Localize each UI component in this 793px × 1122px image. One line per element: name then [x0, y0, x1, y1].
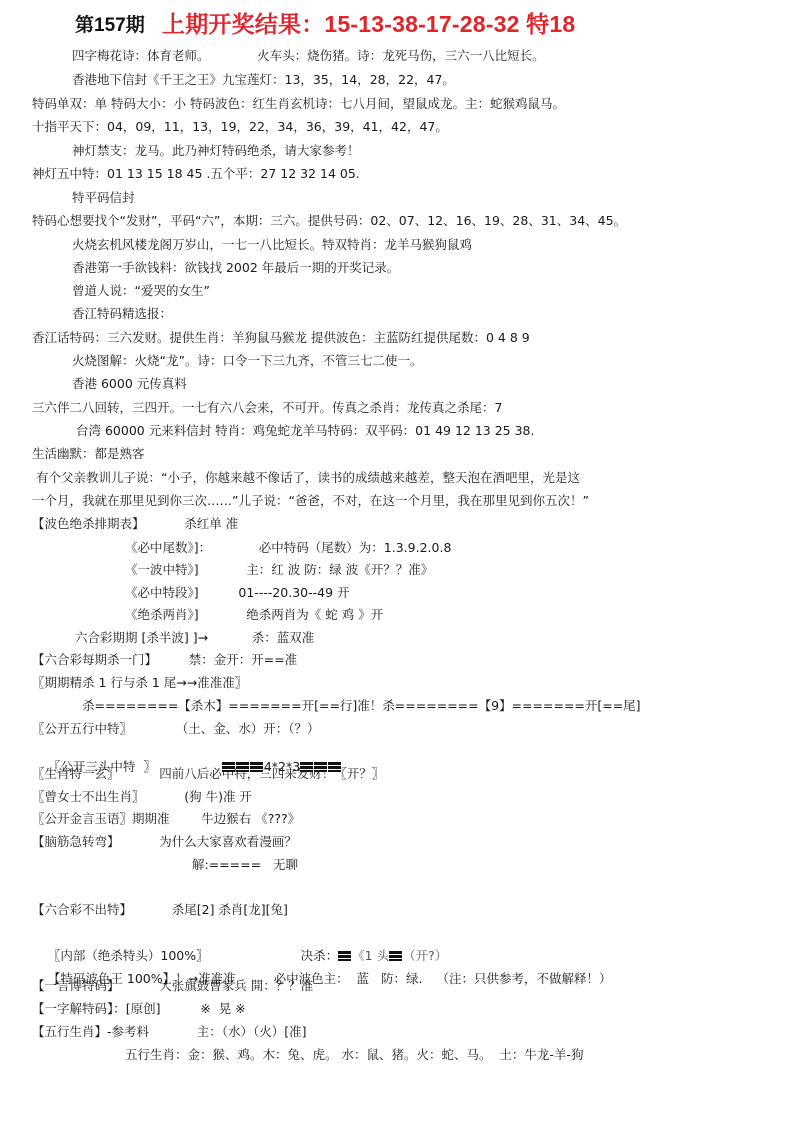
text-line: 解:===== 无聊 [192, 857, 298, 873]
text-line: 【五行生肖】-参考料 主：（水）（火）[准] [32, 1024, 306, 1040]
block-icon [250, 762, 263, 772]
color-king-label: 【特码波色王 100%】！→准准准 [48, 971, 236, 986]
block-icon [300, 762, 313, 772]
three-head-label: 〖公开三头中特 〗 [48, 759, 156, 774]
block-icon [236, 762, 249, 772]
text-line: 神灯禁支：龙马。此乃神灯特码绝杀，请大家参考！ [72, 143, 360, 159]
text-line: 《必中特段》] 01----20.30--49 开 [125, 585, 350, 601]
text-line: 〖公开五行中特〗 （土、金、水）开：（？） [32, 721, 319, 737]
text-line: 〖曾女士不出生肖〗 (狗 牛)准 开 [32, 789, 252, 805]
text-line: 神灯五中特：01 13 15 18 45 .五个平：27 12 32 14 05… [32, 166, 360, 182]
text-line: 生活幽默：都是熟客 [32, 446, 145, 462]
color-king-note: （注：只供参考，不做解释！） [436, 971, 611, 986]
color-king-line: 【特码波色王 100%】！→准准准必中波色主： 蓝 防：绿.（注：只供参考，不做… [32, 955, 611, 1003]
block-icon [314, 762, 327, 772]
text-line: 〖公开金言玉语〗期期准 牛边猴右 《???》 [32, 811, 300, 827]
text-line: 火烧玄机风楼龙阁万岁山，一七一八比短长。特双特肖：龙羊马猴狗鼠鸡 [72, 237, 472, 253]
text-line: 【脑筋急转弯】 为什么大家喜欢看漫画？ [32, 834, 297, 850]
text-line: 六合彩期期 [杀半波] ]→ 杀：蓝双准 [75, 630, 314, 646]
text-line: 特平码信封 [72, 190, 135, 206]
text-line: 〖期期精杀 1 行与杀 1 尾→→准准准〗 [32, 675, 247, 691]
text-line: 特码心想要找个“发财”，平码“六”，本期：三六。提供号码：02、07、12、16… [32, 213, 626, 229]
text-line: 五行生肖：金：猴、鸡。木：兔、虎。 水：鼠、猪。火：蛇、马。 土：牛龙-羊-狗 [125, 1047, 583, 1063]
three-head-line: 〖公开三头中特 〗4*2*3 [32, 743, 342, 791]
text-line: 《一波中特》] 主：红 波 防：绿 波《开？？准》 [125, 562, 433, 578]
text-line: 【波色绝杀排期表】 杀红单 准 [32, 516, 238, 532]
text-line: 香港地下信封《千王之王》九宝莲灯：13，35，14，28，22，47。 [72, 72, 455, 88]
text-line: 一个月，我就在那里见到你三次……”儿子说：“爸爸，不对，在这一个月里，我在那里见… [32, 493, 589, 509]
text-line: 有个父亲教训儿子说：“小子，你越来越不像话了，读书的成绩越来越差，整天泡在酒吧里… [32, 470, 580, 486]
text-line: 曾道人说：“爱哭的女生” [72, 283, 210, 299]
text-line: 《必中尾数》]： 必中特码（尾数）为：1.3.9.2.0.8 [125, 540, 451, 556]
text-line: 台湾 60000 元来料信封 特肖：鸡兔蛇龙羊马特码：双平码：01 49 12 … [76, 423, 534, 439]
text-line: 三六伴二八回转，三四开。一七有六八会来，不可开。传真之杀肖：龙传真之杀尾：7 [32, 400, 502, 416]
period-title: 第157期 [75, 10, 145, 37]
three-head-numbers: 4*2*3 [264, 759, 300, 774]
text-line: 【一字解特码】：[原创] ※ 晃 ※ [32, 1001, 246, 1017]
text-line: 十指平天下：04，09，11，13，19，22，34，36，39，41，42，4… [32, 119, 448, 135]
block-icon [328, 762, 341, 772]
text-line: 香港第一手欲钱料：欲钱找 2002 年最后一期的开奖记录。 [72, 260, 399, 276]
text-line: 《绝杀两肖》] 绝杀两肖为《 蛇 鸡 》开 [125, 607, 383, 623]
text-line: 特码单双：单 特码大小：小 特码波色：红生肖玄机诗：七八月间，望鼠成龙。主：蛇猴… [32, 96, 565, 112]
text-line: 四字梅花诗：体育老师。 火车头：烧伤猪。诗：龙死马伤，三六一八比短长。 [72, 48, 545, 64]
text-line: 香江特码精选报： [72, 306, 172, 322]
text-line: 香港 6000 元传真料 [72, 376, 187, 392]
text-line: 【六合彩每期杀一门】 禁：金开：开==准 [32, 652, 297, 668]
text-line: 香江话特码：三六发财。提供生肖：羊狗鼠马猴龙 提供波色：主蓝防红提供尾数：0 4… [32, 330, 530, 346]
block-icon [222, 762, 235, 772]
color-king-main: 必中波色主： 蓝 防：绿. [274, 971, 423, 986]
text-line: 杀========【杀木】=======开[==行]准！杀========【9】… [82, 698, 641, 714]
last-draw-result: 上期开奖结果：15-13-38-17-28-32 特18 [162, 6, 575, 39]
text-line: 【六合彩不出特】 杀尾[2] 杀肖[龙][兔] [32, 902, 288, 918]
text-line: 火烧图解：火烧“龙”。诗：口令一下三九齐，不管三七二使一。 [72, 353, 422, 369]
